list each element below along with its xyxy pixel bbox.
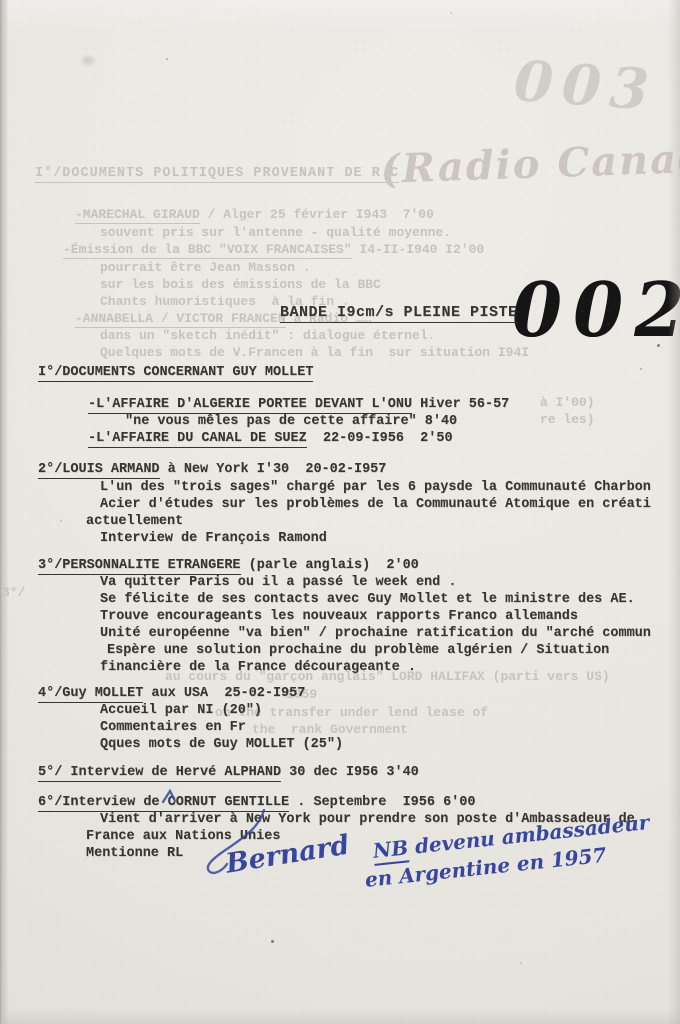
scanned-document-page: 003 002 I°/DOCUMENTS POLITIQUES PROVENAN… — [0, 0, 680, 1024]
typed-line: Mentionne RL — [86, 846, 183, 862]
typed-line: "ne vous mêles pas de cette affaire" 8'4… — [125, 414, 457, 430]
paper-speck — [520, 962, 522, 964]
section-2-heading: 2°/LOUIS ARMAND à New York I'30 20-02-I9… — [38, 462, 386, 478]
paper-speck — [166, 58, 168, 60]
previous-page-stamp: 003 — [512, 53, 659, 119]
typed-line: actuellement — [86, 514, 183, 530]
ghost-line: à I'00) — [540, 396, 595, 411]
section-6-heading: 6°/Interview de CORNUT GENTILLE . Septem… — [38, 795, 476, 811]
ghost-line: -Émission de la BBC "VOIX FRANCAISES" I4… — [63, 243, 484, 258]
ghost-heading: I°/DOCUMENTS POLITIQUES PROVENANT DE R.C — [35, 166, 399, 182]
typed-line: Qques mots de Guy MOLLET (25") — [100, 737, 343, 753]
section-4-heading: 4°/Guy MOLLET aux USA 25-02-I957 — [38, 686, 305, 702]
ghost-line: pourrait être Jean Masson . — [100, 261, 311, 276]
paper-speck — [60, 520, 62, 522]
ghost-line: dans un "sketch inédit" : dialogue étern… — [100, 329, 435, 344]
faded-annotation: (Radio Canada). — [380, 136, 680, 190]
typed-line: Interview de François Ramond — [100, 531, 327, 547]
typed-line: Se félicite de ses contacts avec Guy Mol… — [100, 592, 635, 608]
typed-line: -L'AFFAIRE D'ALGERIE PORTEE DEVANT L'ONU… — [88, 397, 509, 413]
typed-line: Trouve encourageants les nouveaux rappor… — [100, 609, 578, 625]
paper-smudge — [82, 56, 94, 65]
document-title: BANDE I9cm/s PLEINE PISTE — [280, 304, 518, 321]
ghost-line: souvent pris sur l'antenne - qualité moy… — [100, 226, 451, 241]
paper-speck — [657, 344, 660, 347]
page-number-stamp: 002 — [512, 273, 680, 348]
typed-line: -L'AFFAIRE DU CANAL DE SUEZ 22-09-I956 2… — [88, 431, 453, 447]
ghost-line: -MARECHAL GIRAUD / Alger 25 février I943… — [75, 208, 434, 223]
ghost-line: re les) — [540, 413, 595, 428]
paper-speck — [640, 368, 642, 370]
typed-line: Commentaires en Fr — [100, 720, 246, 736]
paper-speck — [450, 12, 452, 14]
typed-line: France aux Nations Unies — [86, 829, 280, 845]
typed-line: Espère une solution prochaine du problèm… — [107, 643, 609, 659]
ghost-line: 3°/ — [2, 586, 25, 601]
ghost-line: the rank Government — [252, 723, 408, 738]
ghost-line: sur les bois des émissions de la BBC — [100, 278, 381, 293]
typed-line: Acier d'études sur les problèmes de la C… — [100, 497, 651, 513]
section-3-heading: 3°/PERSONNALITE ETRANGERE (parle anglais… — [38, 558, 419, 574]
typed-line: Va quitter Paris ou il a passé le week e… — [100, 575, 456, 591]
section-1-heading: I°/DOCUMENTS CONCERNANT GUY MOLLET — [38, 365, 313, 381]
section-5-heading: 5°/ Interview de Hervé ALPHAND 30 dec I9… — [38, 765, 419, 781]
paper-speck — [271, 940, 274, 943]
typed-line: Unité européenne "va bien" / prochaine r… — [100, 626, 651, 642]
typed-line: Accueil par NI (20") — [100, 703, 262, 719]
typed-line: L'un des "trois sages" chargé par les 6 … — [100, 480, 651, 496]
typed-line: financière de la France décourageante . — [100, 660, 416, 676]
ghost-line: Quelques mots de V.Francen à la fin sur … — [100, 346, 529, 361]
